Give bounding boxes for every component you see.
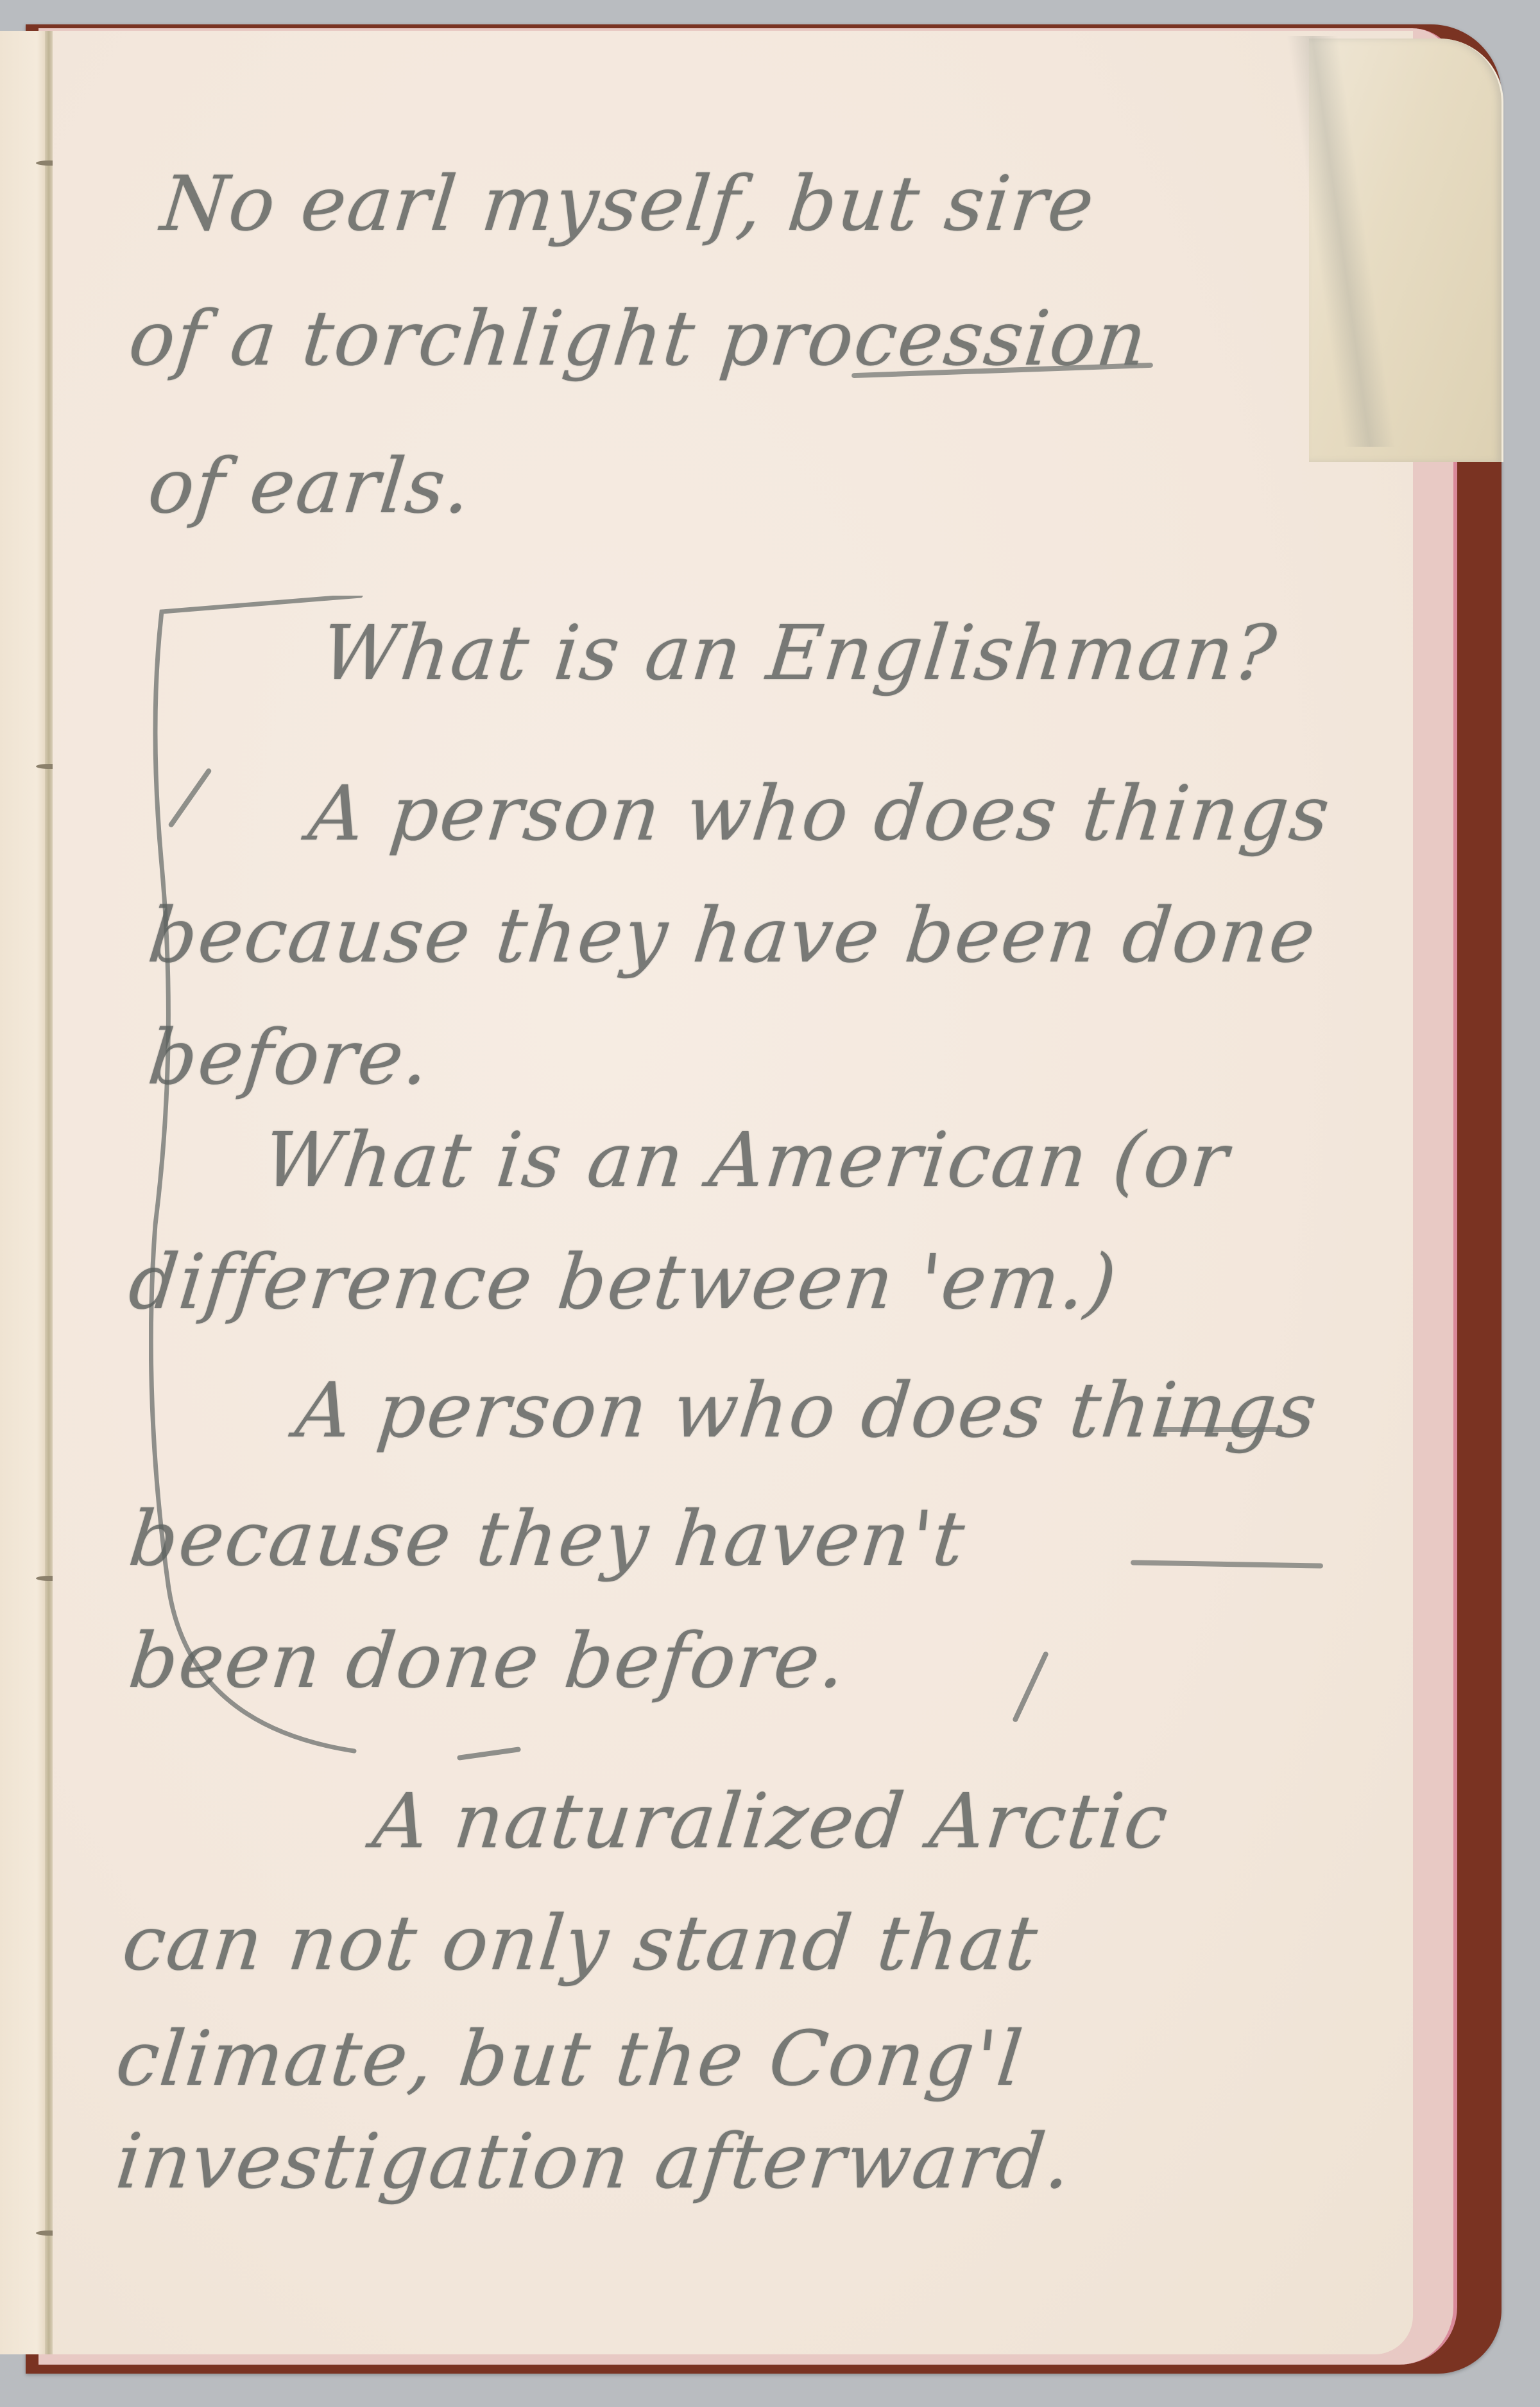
pencil-dash bbox=[457, 1747, 521, 1761]
binding-gutter bbox=[45, 31, 53, 2354]
handwritten-line: been done before. bbox=[125, 1616, 851, 1705]
handwritten-line: before. bbox=[144, 1013, 434, 1101]
handwritten-line: A person who does things bbox=[305, 769, 1335, 858]
handwritten-line: A person who does things bbox=[292, 1366, 1322, 1454]
margin-tick bbox=[167, 768, 212, 829]
handwritten-line: because they haven't bbox=[125, 1494, 970, 1583]
handwritten-line: No earl myself, but sire bbox=[157, 159, 1099, 248]
handwritten-line: of earls. bbox=[144, 442, 476, 530]
margin-tick bbox=[1012, 1651, 1049, 1723]
handwritten-line: investigation afterward. bbox=[112, 2117, 1077, 2205]
handwritten-line: What is an Englishman? bbox=[318, 608, 1281, 697]
handwritten-line: because they have been done bbox=[144, 891, 1321, 979]
notebook-page: No earl myself, but sire of a torchlight… bbox=[53, 31, 1413, 2354]
underline-things bbox=[1156, 1427, 1278, 1432]
handwritten-line: A naturalized Arctic bbox=[369, 1777, 1173, 1865]
facing-page bbox=[0, 31, 46, 2354]
handwritten-line: What is an American (or bbox=[260, 1116, 1233, 1204]
handwritten-line: difference between 'em.) bbox=[125, 1238, 1122, 1326]
underline-havent bbox=[1131, 1560, 1323, 1568]
handwritten-line: can not only stand that bbox=[119, 1899, 1043, 1987]
handwritten-line: climate, but the Cong'l bbox=[112, 2014, 1028, 2103]
